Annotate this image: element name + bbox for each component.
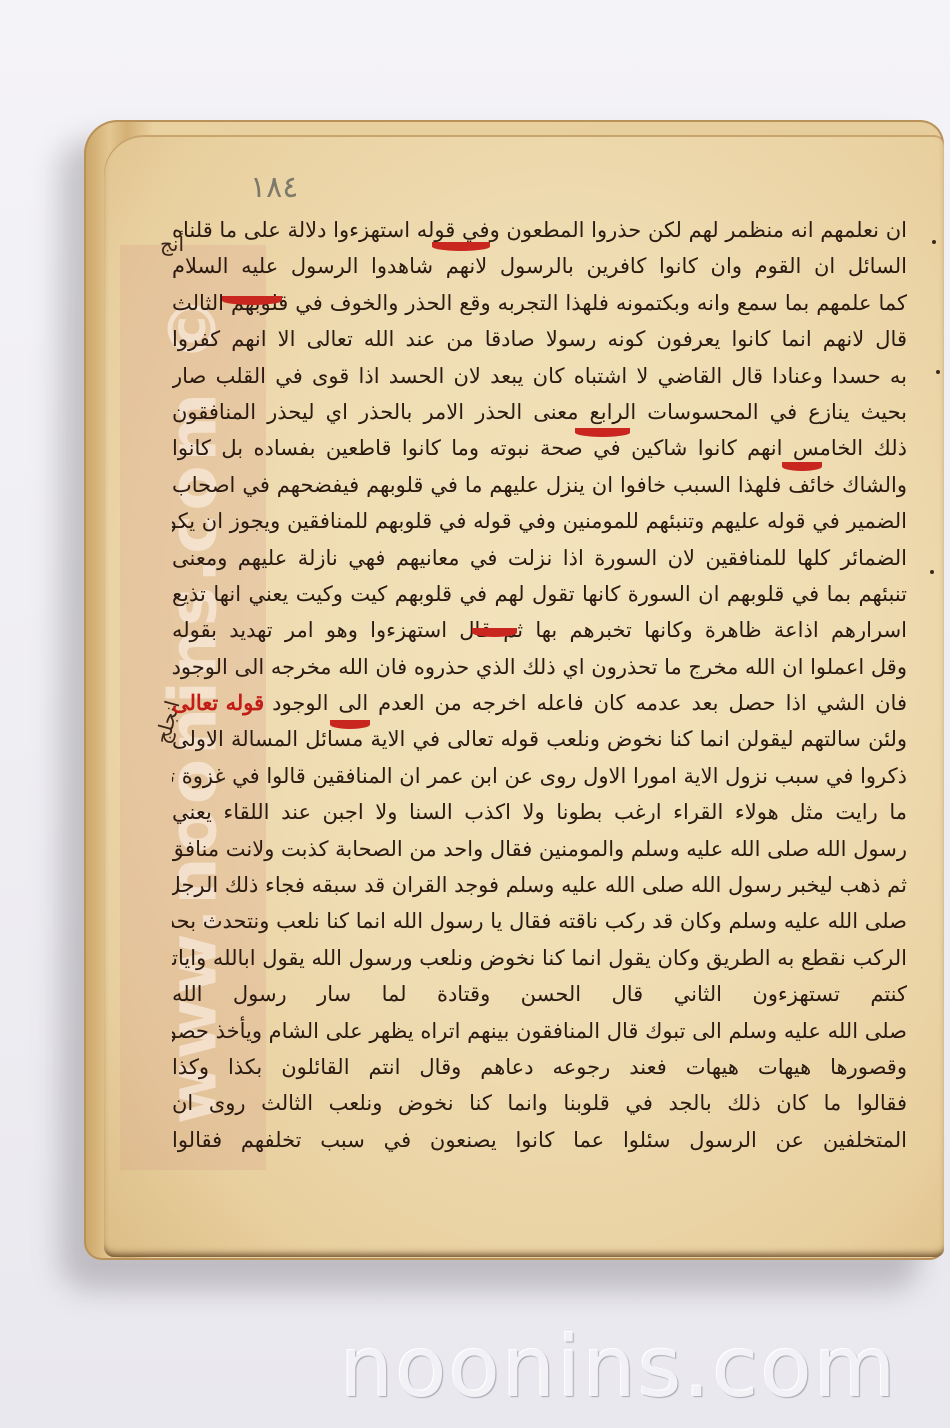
- ink-dot: [936, 370, 940, 374]
- text-line: به حسدا وعنادا قال القاضي لا اشتباه كان …: [172, 358, 907, 394]
- rubric-stroke: [330, 720, 370, 729]
- text-line: الركب نقطع به الطريق وكان يقول انما كنا …: [172, 940, 907, 976]
- text-line: ان نعلمهم انه منظمر لهم لكن حذروا المطعو…: [172, 212, 907, 248]
- text-line: الضمير في قوله عليهم وتنبئهم للمومنين وف…: [172, 503, 907, 539]
- text-line: كما علمهم بما سمع وانه وبكتمونه فلهذا ال…: [172, 285, 907, 321]
- page-number: ١٨٤: [250, 170, 298, 205]
- text-line: ذكروا في سبب نزول الاية امورا الاول روى …: [172, 758, 907, 794]
- text-line: وقل اعملوا ان الله مخرج ما تحذرون اي ذلك…: [172, 649, 907, 685]
- text-line: الضمائر كلها للمنافقين لان السورة اذا نز…: [172, 540, 907, 576]
- text-line: فقالوا ما كان ذلك بالجد في قلوبنا وانما …: [172, 1085, 907, 1121]
- ink-dot: [930, 570, 934, 574]
- rubric-stroke: [432, 242, 490, 251]
- text-line: ولئن سالتهم ليقولن انما كنا نخوض ونلعب ق…: [172, 721, 907, 757]
- text-line: صلى الله عليه وسلم الى تبوك قال المنافقو…: [172, 1013, 907, 1049]
- text-line: وقصورها هيهات هيهات فعند رجوعه دعاهم وقا…: [172, 1049, 907, 1085]
- text-line: رسول الله صلى الله عليه وسلم والمومنين ف…: [172, 831, 907, 867]
- rubric-qawluhu-taala: قوله تعالى: [172, 685, 264, 721]
- text-line-with-rubric: فان الشي اذا حصل بعد عدمه كان فاعله اخرج…: [172, 685, 907, 721]
- manuscript-text-block: ان نعلمهم انه منظمر لهم لكن حذروا المطعو…: [172, 212, 907, 1158]
- text-line: كنتم تستهزءون الثاني قال الحسن وقتادة لم…: [172, 976, 907, 1012]
- rubric-stroke: [782, 462, 822, 471]
- rubric-stroke: [575, 428, 630, 437]
- text-line: المتخلفين عن الرسول سئلوا عما كانوا يصنع…: [172, 1122, 907, 1158]
- rubric-stroke: [222, 296, 282, 305]
- text-line: تنبئهم بما في قلوبهم ان السورة كانها تقو…: [172, 576, 907, 612]
- text-line: ما رايت مثل هولاء القراء ارغب بطونا ولا …: [172, 794, 907, 830]
- ink-dot: [932, 240, 936, 244]
- text-line: ثم ذهب ليخبر رسول الله صلى الله عليه وسل…: [172, 867, 907, 903]
- footer-watermark: noonins.com: [340, 1318, 898, 1416]
- text-line: بحيث ينازع في المحسوسات الرابع معنى الحذ…: [172, 394, 907, 430]
- text-line: قال لانهم انما كانوا يعرفون كونه رسولا ص…: [172, 321, 907, 357]
- text-line: السائل ان القوم وان كانوا كافرين بالرسول…: [172, 248, 907, 284]
- text-line: والشاك خائف فلهذا السبب خافوا ان ينزل عل…: [172, 467, 907, 503]
- rubric-stroke: [472, 628, 517, 637]
- text-line: صلى الله عليه وسلم وكان قد ركب ناقته فقا…: [172, 903, 907, 939]
- text-line: اسرارهم اذاعة ظاهرة وكانها تخبرهم بها ثم…: [172, 612, 907, 648]
